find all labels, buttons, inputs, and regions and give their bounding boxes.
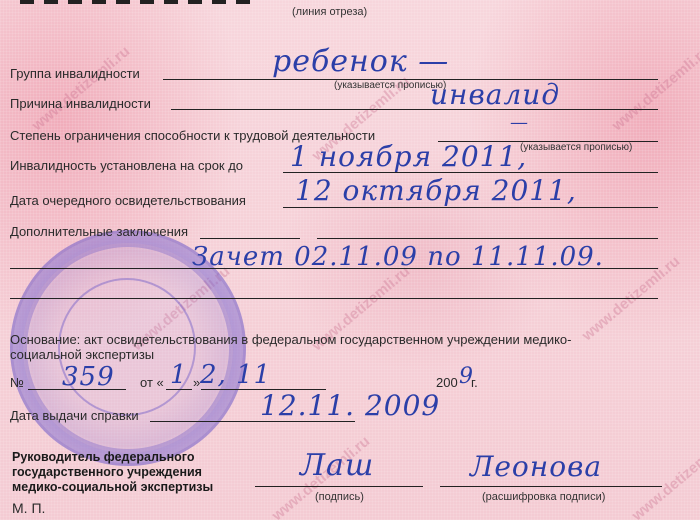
work-limit-value: — — [510, 112, 529, 133]
basis-text-line2: социальной экспертизы — [10, 347, 154, 362]
cut-line — [20, 0, 255, 4]
additional-label: Дополнительные заключения — [10, 224, 188, 239]
from-label: от « — [140, 375, 164, 390]
cause-value: инвалид — [430, 78, 560, 111]
cause-label: Причина инвалидности — [10, 96, 151, 111]
cut-line-label: (линия отреза) — [292, 6, 367, 18]
signature-decoding: Леонова — [470, 450, 602, 483]
number-value: 359 — [62, 362, 115, 392]
year-prefix: 200 — [436, 375, 458, 390]
head-title-line2: государственного учреждения — [12, 465, 202, 480]
month-value: 2, 11 — [200, 360, 271, 390]
year-suffix: г. — [471, 375, 478, 390]
seal-place: М. П. — [12, 500, 45, 516]
additional-value: Зачет 02.11.09 по 11.11.09. — [192, 242, 604, 272]
next-exam-label: Дата очередного освидетельствования — [10, 193, 246, 208]
group-value: ребенок — — [272, 44, 449, 79]
signature-caption: (подпись) — [315, 491, 364, 503]
day-value: 1 — [170, 360, 188, 390]
decoding-caption: (расшифровка подписи) — [482, 491, 605, 503]
valid-until-label: Инвалидность установлена на срок до — [10, 158, 243, 173]
group-label: Группа инвалидности — [10, 66, 140, 81]
work-limit-hint: (указывается прописью) — [520, 142, 632, 153]
next-exam-value: 12 октября 2011, — [295, 174, 577, 207]
valid-until-value: 1 ноября 2011, — [290, 140, 527, 173]
signature: Лаш — [300, 448, 374, 483]
issue-date-label: Дата выдачи справки — [10, 408, 139, 423]
head-title-line1: Руководитель федерального — [12, 450, 194, 465]
basis-text-line1: Основание: акт освидетельствования в фед… — [10, 332, 571, 347]
number-label: № — [10, 375, 24, 390]
issue-date-value: 12.11. 2009 — [260, 389, 440, 422]
head-title-line3: медико-социальной экспертизы — [12, 480, 213, 495]
